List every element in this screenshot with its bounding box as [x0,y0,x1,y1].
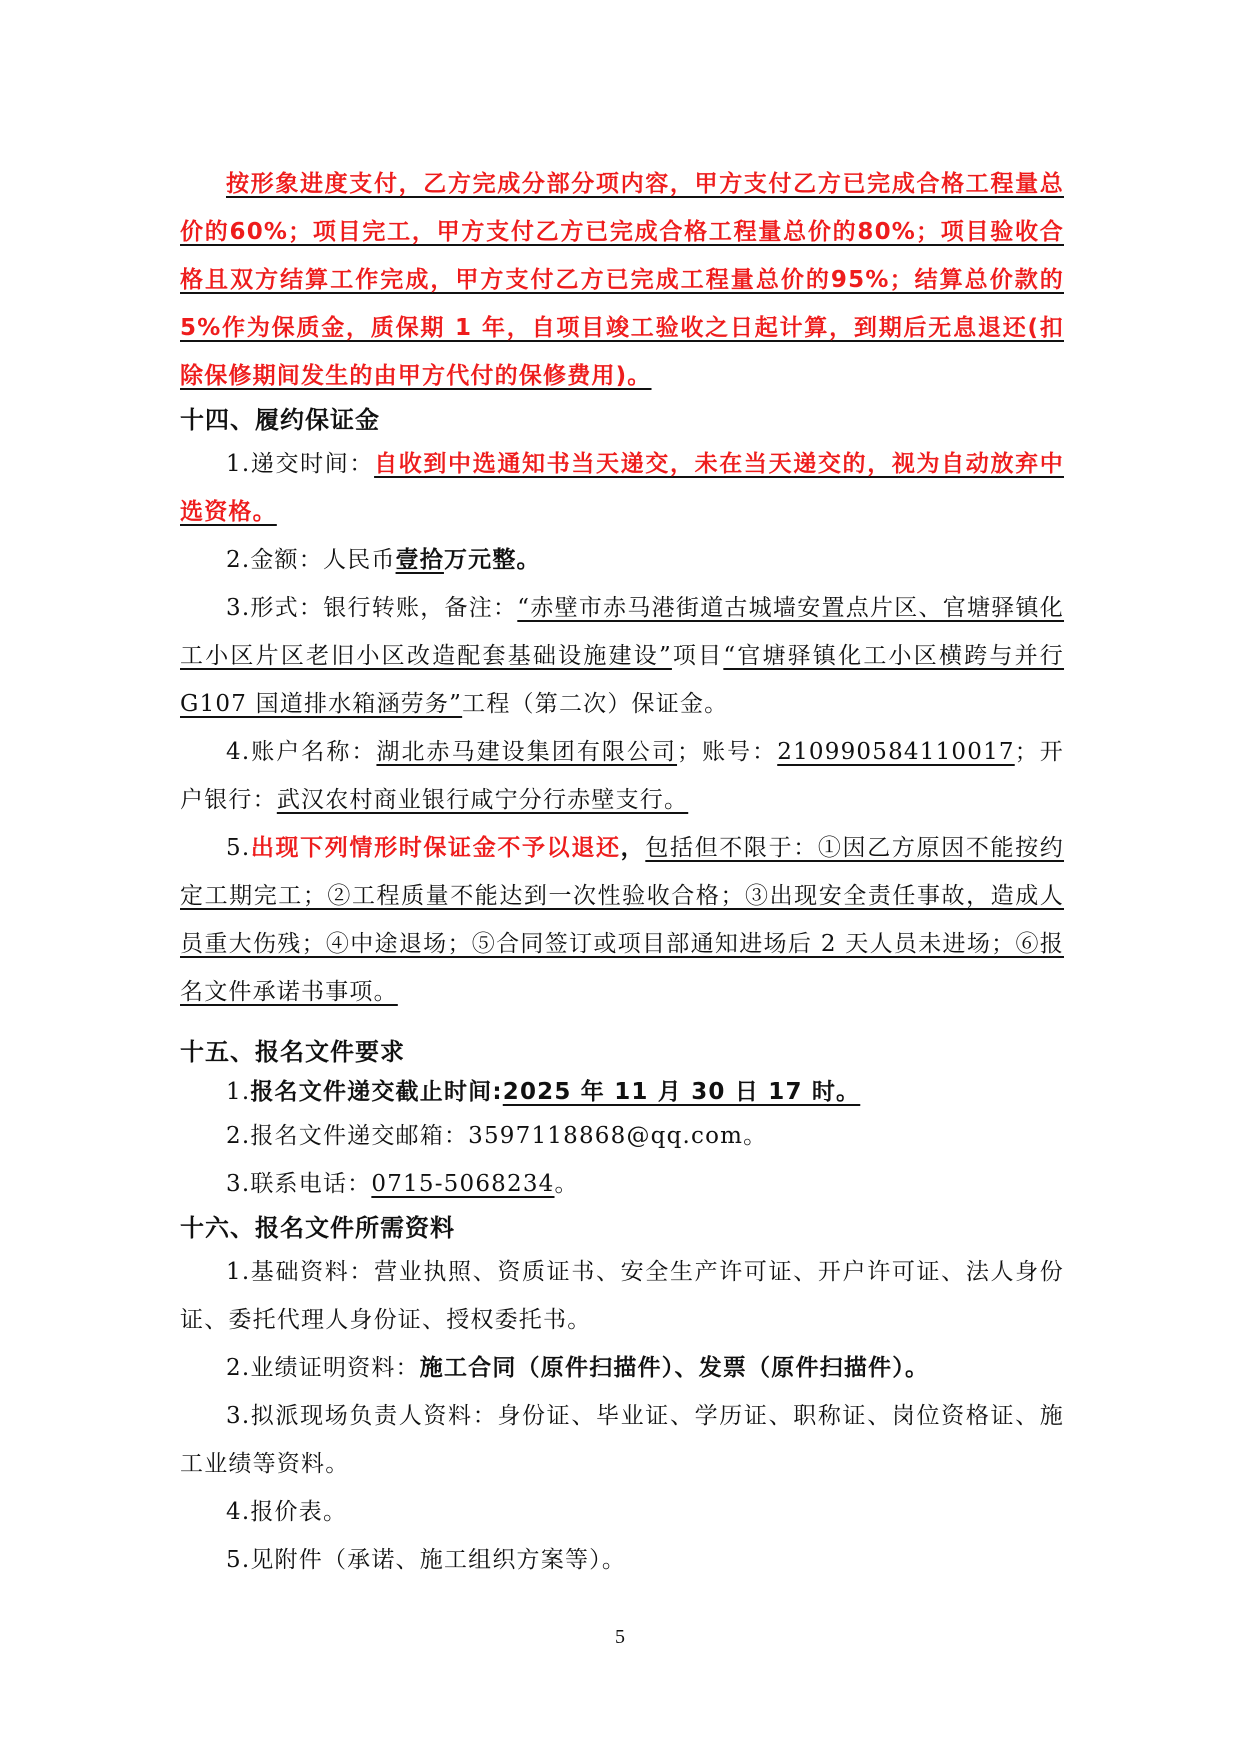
s14-item-3: 3.形式：银行转账，备注：“赤壁市赤马港街道古城墙安置点片区、官塘驿镇化工小区片… [180,584,1064,728]
deposit-amount: 壹拾 [396,547,444,573]
s15-item-2: 2.报名文件递交邮箱：3597118868@qq.com。 [180,1112,1064,1160]
s14-item-4: 4.账户名称：湖北赤马建设集团有限公司；账号：210990584110017；开… [180,728,1064,824]
s14-item-1: 1.递交时间：自收到中选通知书当天递交，未在当天递交的，视为自动放弃中选资格。 [180,440,1064,536]
payment-terms-paragraph: 按形象进度支付，乙方完成分部分项内容，甲方支付乙方已完成合格工程量总价的60%；… [180,160,1064,400]
bank-name: 武汉农村商业银行咸宁分行赤壁支行。 [277,787,688,813]
s16-item-3: 3.拟派现场负责人资料：身份证、毕业证、学历证、职称证、岗位资格证、施工业绩等资… [180,1392,1064,1488]
s15-item-3: 3.联系电话：0715-5068234。 [180,1160,1064,1208]
s16-item-4: 4.报价表。 [180,1488,1064,1536]
s14-item-5: 5.出现下列情形时保证金不予以退还，包括但不限于：①因乙方原因不能按约定工期完工… [180,824,1064,1016]
non-refund-warning: 出现下列情形时保证金不予以退还 [250,835,620,861]
payment-terms-text: 按形象进度支付，乙方完成分部分项内容，甲方支付乙方已完成合格工程量总价的60%；… [180,171,1064,389]
s14-item-2: 2.金额：人民币壹拾万元整。 [180,536,1064,584]
s15-item-1: 1.报名文件递交截止时间:2025 年 11 月 30 日 17 时。 [180,1072,1064,1112]
section-16-title: 十六、报名文件所需资料 [180,1208,1064,1248]
page-number: 5 [0,1626,1240,1649]
s16-item-2: 2.业绩证明资料：施工合同（原件扫描件）、发票（原件扫描件）。 [180,1344,1064,1392]
s16-item-5: 5.见附件（承诺、施工组织方案等）。 [180,1536,1064,1584]
deadline-value: 2025 年 11 月 30 日 17 时。 [503,1079,861,1105]
section-15-title: 十五、报名文件要求 [180,1032,1064,1072]
s16-item-1: 1.基础资料：营业执照、资质证书、安全生产许可证、开户许可证、法人身份证、委托代… [180,1248,1064,1344]
document-page: 按形象进度支付，乙方完成分部分项内容，甲方支付乙方已完成合格工程量总价的60%；… [180,160,1064,1584]
section-14-title: 十四、履约保证金 [180,400,1064,440]
account-number: 210990584110017 [777,739,1015,765]
account-name: 湖北赤马建设集团有限公司 [376,739,677,765]
contact-phone: 0715-5068234 [371,1171,554,1197]
